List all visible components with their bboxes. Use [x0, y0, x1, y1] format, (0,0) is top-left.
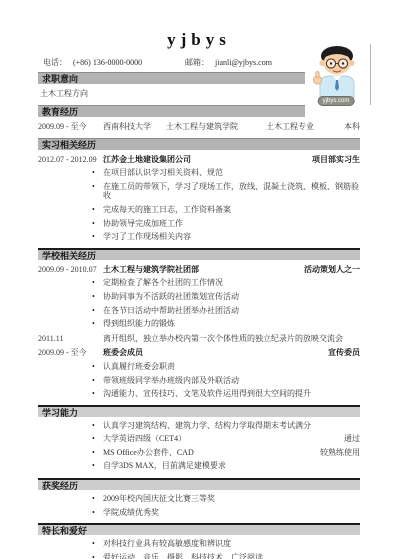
bullet-icon: [92, 232, 103, 242]
list-item: 学习了工作现场相关内容: [38, 232, 360, 242]
school-entry3-role: 宣传委员: [328, 348, 360, 358]
school-entry1-role: 活动策划人之一: [304, 265, 360, 275]
bullet-icon: [92, 182, 103, 201]
bullet-icon: [92, 319, 103, 329]
bullet-icon: [92, 494, 103, 504]
list-item: 认真学习建筑结构、建筑力学、结构力学取得期末考试满分: [38, 421, 360, 431]
section-header-learning: 学习能力: [38, 405, 360, 417]
school-entry1-org: 土木工程与建筑学院社团部: [103, 265, 304, 275]
school-bullet: 在各节日活动中帮助社团举办社团活动: [103, 306, 360, 316]
email-value: jianli@yjbys.com: [215, 58, 272, 67]
bullet-icon: [92, 306, 103, 316]
learning-item: MS Office办公套件、CAD: [103, 448, 314, 458]
section-header-hobbies: 特长和爱好: [38, 523, 360, 535]
school-bullet: 协助同事为不活跃的社团策划宣传活动: [103, 292, 360, 302]
bullet-icon: [92, 376, 103, 386]
bullet-icon: [92, 205, 103, 215]
school-entry1-heading: 2009.09 - 2010.07 土木工程与建筑学院社团部 活动策划人之一: [38, 265, 360, 275]
list-item: 对科技行业具有较高敏感度和辨识度: [38, 539, 360, 549]
internship-bullet: 完成每天的施工日志，工作资料备案: [103, 205, 360, 215]
education-row: 2009.09 - 至今 西南科技大学 土木工程与建筑学院 土木工程专业 本科: [38, 122, 360, 132]
learning-item: 自学3DS MAX，目前满足建模要求: [103, 461, 360, 471]
school-bullet: 认真履行班委会职责: [103, 362, 360, 372]
school-entry3-heading: 2009.09 - 至今 班委会成员 宣传委员: [38, 348, 360, 358]
list-item: 带领班级同学举办班级内部及外联活动: [38, 376, 360, 386]
section-header-awards: 获奖经历: [38, 478, 360, 490]
bullet-icon: [92, 421, 103, 431]
bullet-icon: [92, 508, 103, 518]
school-entry1-date: 2009.09 - 2010.07: [38, 265, 103, 275]
list-item: 完成每天的施工日志，工作资料备案: [38, 205, 360, 215]
avatar: yjbys.com: [306, 44, 366, 106]
bullet-icon: [92, 168, 103, 178]
bullet-icon: [92, 389, 103, 399]
learning-item: 认真学习建筑结构、建筑力学、结构力学取得期末考试满分: [103, 421, 360, 431]
learning-item-note: 通过: [338, 434, 360, 444]
internship-role: 项目部实习生: [312, 155, 360, 165]
internship-bullet: 在项目部认识学习相关资料、规范: [103, 168, 360, 178]
bullet-icon: [92, 461, 103, 471]
hobby-item: 对科技行业具有较高敏感度和辨识度: [103, 539, 360, 549]
phone-value: (+86) 136-0000-0000: [73, 58, 185, 67]
education-school: 西南科技大学: [103, 122, 166, 132]
learning-item-note: 较熟练使用: [314, 448, 360, 458]
internship-bullet: 在施工员的带领下，学习了现场工作，放线、混凝土浇筑、模板、钢筋验收: [103, 182, 360, 201]
school-bullet: 定期检查了解各个社团的工作情况: [103, 278, 360, 288]
section-header-internship: 实习相关经历: [38, 138, 360, 150]
education-date: 2009.09 - 至今: [38, 122, 103, 132]
internship-bullet: 协助领导完成加班工作: [103, 219, 360, 229]
school-bullet: 带领班级同学举办班级内部及外联活动: [103, 376, 360, 386]
bullet-icon: [92, 219, 103, 229]
list-item: 2009年校内国庆征文比赛三等奖: [38, 494, 360, 504]
education-degree: 本科: [344, 122, 360, 132]
award-item: 学院成绩优秀奖: [103, 508, 360, 518]
internship-bullet: 学习了工作现场相关内容: [103, 232, 360, 242]
education-college: 土木工程与建筑学院: [166, 122, 266, 132]
list-item: MS Office办公套件、CAD 较熟练使用: [38, 448, 360, 458]
learning-item: 大学英语四级（CET4）: [103, 434, 338, 444]
email-label: 邮箱：: [185, 57, 215, 68]
bullet-icon: [92, 553, 103, 559]
list-item: 协助同事为不活跃的社团策划宣传活动: [38, 292, 360, 302]
bullet-icon: [92, 362, 103, 372]
section-header-school: 学校相关经历: [38, 248, 360, 260]
education-major: 土木工程专业: [266, 122, 344, 132]
photo-divider: [370, 44, 371, 105]
award-item: 2009年校内国庆征文比赛三等奖: [103, 494, 360, 504]
section-header-objective: 求职意向: [38, 72, 305, 84]
internship-org: 江苏金土地建设集团公司: [103, 155, 312, 165]
list-item: 认真履行班委会职责: [38, 362, 360, 372]
bullet-icon: [92, 434, 103, 444]
school-entry3-date: 2009.09 - 至今: [38, 348, 103, 358]
hobby-item: 爱好运动、音乐、摄影、科技技术，广泛阅读: [103, 553, 360, 559]
list-item: 协助领导完成加班工作: [38, 219, 360, 229]
avatar-image: [308, 44, 364, 98]
phone-label: 电话：: [43, 57, 73, 68]
school-entry2-date: 2011.11: [38, 334, 103, 344]
school-entry2-row: 2011.11 离开组织，独立举办校内第一次个体性质的独立纪录片的放映交流会: [38, 334, 360, 344]
school-entry2-desc: 离开组织，独立举办校内第一次个体性质的独立纪录片的放映交流会: [103, 334, 360, 344]
list-item: 自学3DS MAX，目前满足建模要求: [38, 461, 360, 471]
school-bullet: 得到组织能力的锻炼: [103, 319, 360, 329]
school-entry3-org: 班委会成员: [103, 348, 328, 358]
list-item: 在项目部认识学习相关资料、规范: [38, 168, 360, 178]
list-item: 定期检查了解各个社团的工作情况: [38, 278, 360, 288]
list-item: 在各节日活动中帮助社团举办社团活动: [38, 306, 360, 316]
bullet-icon: [92, 278, 103, 288]
internship-date: 2012.07 - 2012.09: [38, 155, 103, 165]
list-item: 学院成绩优秀奖: [38, 508, 360, 518]
list-item: 沟通能力、宣传技巧、文笔及软件运用得到很大空间的提升: [38, 389, 360, 399]
bullet-icon: [92, 448, 103, 458]
list-item: 大学英语四级（CET4） 通过: [38, 434, 360, 444]
list-item: 爱好运动、音乐、摄影、科技技术，广泛阅读: [38, 553, 360, 559]
internship-heading-row: 2012.07 - 2012.09 江苏金土地建设集团公司 项目部实习生: [38, 155, 360, 165]
bullet-icon: [92, 539, 103, 549]
bullet-icon: [92, 292, 103, 302]
section-header-education: 教育经历: [38, 105, 305, 117]
list-item: 在施工员的带领下，学习了现场工作，放线、混凝土浇筑、模板、钢筋验收: [38, 182, 360, 201]
school-bullet: 沟通能力、宣传技巧、文笔及软件运用得到很大空间的提升: [103, 389, 360, 399]
list-item: 得到组织能力的锻炼: [38, 319, 360, 329]
avatar-caption: yjbys.com: [318, 96, 355, 106]
